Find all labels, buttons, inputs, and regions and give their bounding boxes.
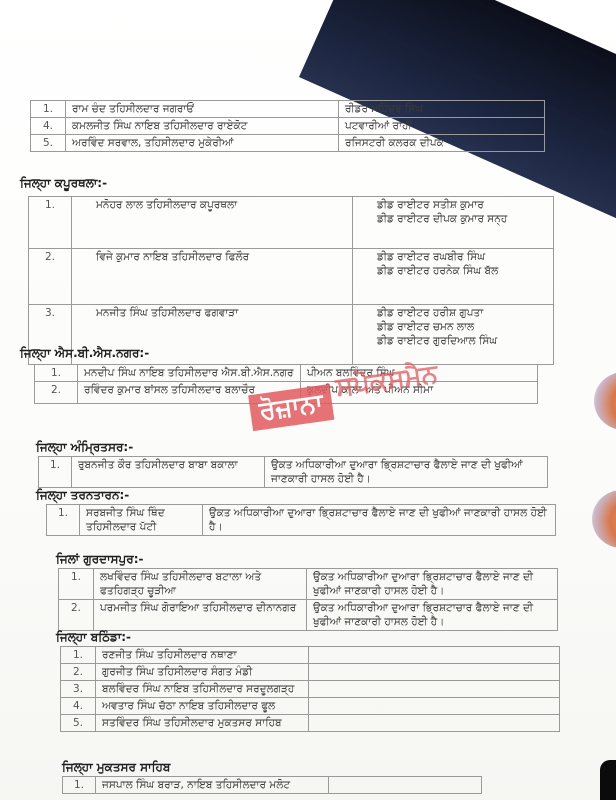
table-row: 1. ਰਣਜੀਤ ਸਿੰਘ ਤਹਿਸੀਲਦਾਰ ਨਥਾਣਾ xyxy=(61,647,560,664)
table-row: 4. ਕਮਲਜੀਤ ਸਿੰਘ ਨਾਇਬ ਤਹਿਸੀਲਦਾਰ ਰਾਏਕੋਟ ਪਟਵ… xyxy=(31,118,545,135)
table-row: 1. ਮਨੋਹਰ ਲਾਲ ਤਹਿਸੀਲਦਾਰ ਕਪੂਰਥਲਾ ਡੀਡ ਰਾਈਟਰ… xyxy=(29,197,554,249)
table-row: 1. ਰਾਮ ਚੰਦ ਤਹਿਸੀਲਦਾਰ ਜਗਰਾਓਂ ਰੀਡਰ ਮਹਿੰਦਰ … xyxy=(31,101,545,118)
table-bathinda: 1. ਰਣਜੀਤ ਸਿੰਘ ਤਹਿਸੀਲਦਾਰ ਨਥਾਣਾ 2. ਗੁਰਜੀਤ … xyxy=(60,646,560,732)
table-kapurthala: 1. ਮਨੋਹਰ ਲਾਲ ਤਹਿਸੀਲਦਾਰ ਕਪੂਰਥਲਾ ਡੀਡ ਰਾਈਟਰ… xyxy=(28,196,554,365)
table-row: 1. ਸਰਬਜੀਤ ਸਿੰਘ ਥਿੰਦ ਤਹਿਸੀਲਦਾਰ ਪੱਟੀ ਉਕਤ ਅ… xyxy=(47,505,556,536)
table-row: 2. ਵਿਜੇ ਕੁਮਾਰ ਨਾਇਬ ਤਹਿਸੀਲਦਾਰ ਫਿਲੌਰ ਡੀਡ ਰ… xyxy=(29,249,554,305)
table-muktsar-sahib: 1. ਜਸਪਾਲ ਸਿੰਘ ਬਰਾੜ, ਨਾਇਬ ਤਹਿਸੀਲਦਾਰ ਮਲੋਟ xyxy=(62,776,482,794)
table-row: 2. ਰਵਿੰਦਰ ਕੁਮਾਰ ਬਾਂਸਲ ਤਹਿਸੀਲਦਾਰ ਬਲਾਚੌਰ ਕ… xyxy=(35,382,538,404)
fingertip xyxy=(594,372,616,430)
section-heading-bathinda: ਜਿਲ੍ਹਾ ਬਠਿੰਡਾ:- xyxy=(56,630,131,645)
table-row: 4. ਅਵਤਾਰ ਸਿੰਘ ਚੱਠਾ ਨਾਇਬ ਤਹਿਸੀਲਦਾਰ ਫੂਲ xyxy=(61,698,560,715)
table-row: 1. ਰੁਬਨਜੀਤ ਕੌਰ ਤਹਿਸੀਲਦਾਰ ਬਾਬਾ ਬਕਾਲਾ ਉਕਤ … xyxy=(39,457,548,488)
table-row: 1. ਜਸਪਾਲ ਸਿੰਘ ਬਰਾੜ, ਨਾਇਬ ਤਹਿਸੀਲਦਾਰ ਮਲੋਟ xyxy=(63,777,482,794)
table-tarn-taran: 1. ਸਰਬਜੀਤ ਸਿੰਘ ਥਿੰਦ ਤਹਿਸੀਲਦਾਰ ਪੱਟੀ ਉਕਤ ਅ… xyxy=(46,504,556,536)
table-row: 2. ਗੁਰਜੀਤ ਸਿੰਘ ਤਹਿਸੀਲਦਾਰ ਸੰਗਤ ਮੰਡੀ xyxy=(61,664,560,681)
table-gurdaspur: 1. ਲਖਵਿੰਦਰ ਸਿੰਘ ਤਹਿਸੀਲਦਾਰ ਬਟਾਲਾ ਅਤੇ ਫਤਹਿ… xyxy=(58,568,558,631)
section-heading-muktsar-sahib: ਜਿਲ੍ਹਾ ਮੁਕਤਸਰ ਸਾਹਿਬ xyxy=(62,760,170,775)
table-row: 2. ਪਰਮਜੀਤ ਸਿੰਘ ਗੋਰਾਇਆ ਤਹਿਸੀਲਦਾਰ ਦੀਨਾਨਗਰ … xyxy=(59,600,558,631)
top-table: 1. ਰਾਮ ਚੰਦ ਤਹਿਸੀਲਦਾਰ ਜਗਰਾਓਂ ਰੀਡਰ ਮਹਿੰਦਰ … xyxy=(30,100,545,152)
table-sbs-nagar: 1. ਮਨਦੀਪ ਸਿੰਘ ਨਾਇਬ ਤਹਿਸੀਲਦਾਰ ਐਸ.ਬੀ.ਐਸ.ਨਗ… xyxy=(34,364,538,404)
section-heading-amritsar: ਜਿਲ੍ਹਾ ਅੰਮ੍ਰਿਤਸਰ:- xyxy=(36,440,133,455)
section-heading-gurdaspur: ਜਿਲਾਂ ਗੁਰਦਾਸਪੁਰ:- xyxy=(56,552,144,567)
dark-object-bottom xyxy=(600,760,616,800)
document-page: 1. ਰਾਮ ਚੰਦ ਤਹਿਸੀਲਦਾਰ ਜਗਰਾਓਂ ਰੀਡਰ ਮਹਿੰਦਰ … xyxy=(0,0,616,800)
table-row: 5. ਸਤਵਿੰਦਰ ਸਿੰਘ ਤਹਿਸੀਲਦਾਰ ਮੁਕਤਸਰ ਸਾਹਿਬ xyxy=(61,715,560,732)
table-amritsar: 1. ਰੁਬਨਜੀਤ ਕੌਰ ਤਹਿਸੀਲਦਾਰ ਬਾਬਾ ਬਕਾਲਾ ਉਕਤ … xyxy=(38,456,548,488)
table-row: 1. ਲਖਵਿੰਦਰ ਸਿੰਘ ਤਹਿਸੀਲਦਾਰ ਬਟਾਲਾ ਅਤੇ ਫਤਹਿ… xyxy=(59,569,558,600)
section-heading-tarn-taran: ਜਿਲ੍ਹਾ ਤਰਨਤਾਰਨ:- xyxy=(36,488,129,503)
table-row: 3. ਬਲਵਿੰਦਰ ਸਿੰਘ ਨਾਇਬ ਤਹਿਸੀਲਦਾਰ ਸਰਦੂਲਗੜ੍ਹ xyxy=(61,681,560,698)
fingertip xyxy=(592,490,616,548)
section-heading-sbs-nagar: ਜਿਲ੍ਹਾ ਐਸ.ਬੀ.ਐਸ.ਨਗਰ:- xyxy=(20,346,149,361)
section-heading-kapurthala: ਜਿਲ੍ਹਾ ਕਪੂਰਥਲਾ:- xyxy=(20,176,107,191)
table-row: 1. ਮਨਦੀਪ ਸਿੰਘ ਨਾਇਬ ਤਹਿਸੀਲਦਾਰ ਐਸ.ਬੀ.ਐਸ.ਨਗ… xyxy=(35,365,538,382)
table-row: 5. ਅਰਵਿੰਦ ਸਰਵਾਲ, ਤਹਿਸੀਲਦਾਰ ਮੁਕੇਰੀਆਂ ਰਜਿਸ… xyxy=(31,135,545,152)
